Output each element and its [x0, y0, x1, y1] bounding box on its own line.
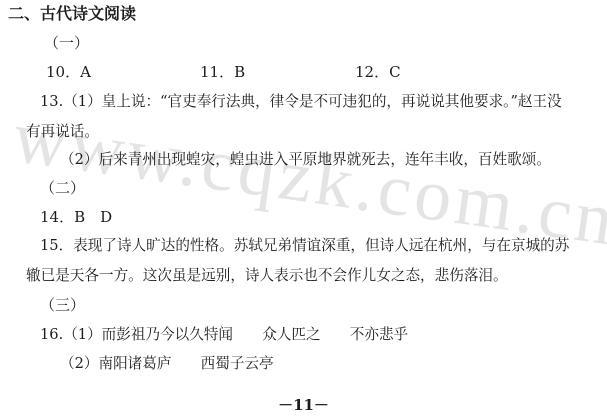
q13-answer-line1: 13.（1）皇上说：“官吏奉行法典，律令是不可违犯的，再说说其他要求。”赵王没: [40, 92, 562, 112]
q15-answer-line2: 辙已是天各一方。这次虽是远别，诗人表示也不会作儿女之态，悲伤落泪。: [26, 266, 508, 286]
answer-12: 12．C: [355, 62, 401, 82]
part1-label: （一）: [44, 33, 89, 53]
q16-answer-part1: 16.（1）而彭祖乃今以久特闻 众人匹之 不亦悲乎: [40, 325, 408, 345]
q13-answer-line2: 有再说话。: [26, 122, 99, 142]
page-number: －11－: [0, 394, 607, 415]
part3-label: （三）: [40, 295, 85, 315]
q16-answer-part2: （2）南阳诸葛庐 西蜀子云亭: [60, 354, 274, 374]
document-page: www.cqzk.com.cn 二、古代诗文阅读 （一） 10．A 11．B 1…: [0, 0, 607, 417]
answer-10: 10．A: [46, 62, 91, 82]
section-title: 二、古代诗文阅读: [8, 4, 136, 24]
part2-label: （二）: [40, 178, 85, 198]
q15-answer-line1: 15．表现了诗人旷达的性格。苏轼兄弟情谊深重，但诗人远在杭州，与在京城的苏: [40, 236, 569, 256]
answer-11: 11．B: [200, 62, 245, 82]
q14-answer: 14．B D: [40, 207, 112, 227]
q13-answer-part2: （2）后来青州出现蝗灾，蝗虫进入平原地界就死去，连年丰收，百姓歌颂。: [60, 150, 551, 170]
